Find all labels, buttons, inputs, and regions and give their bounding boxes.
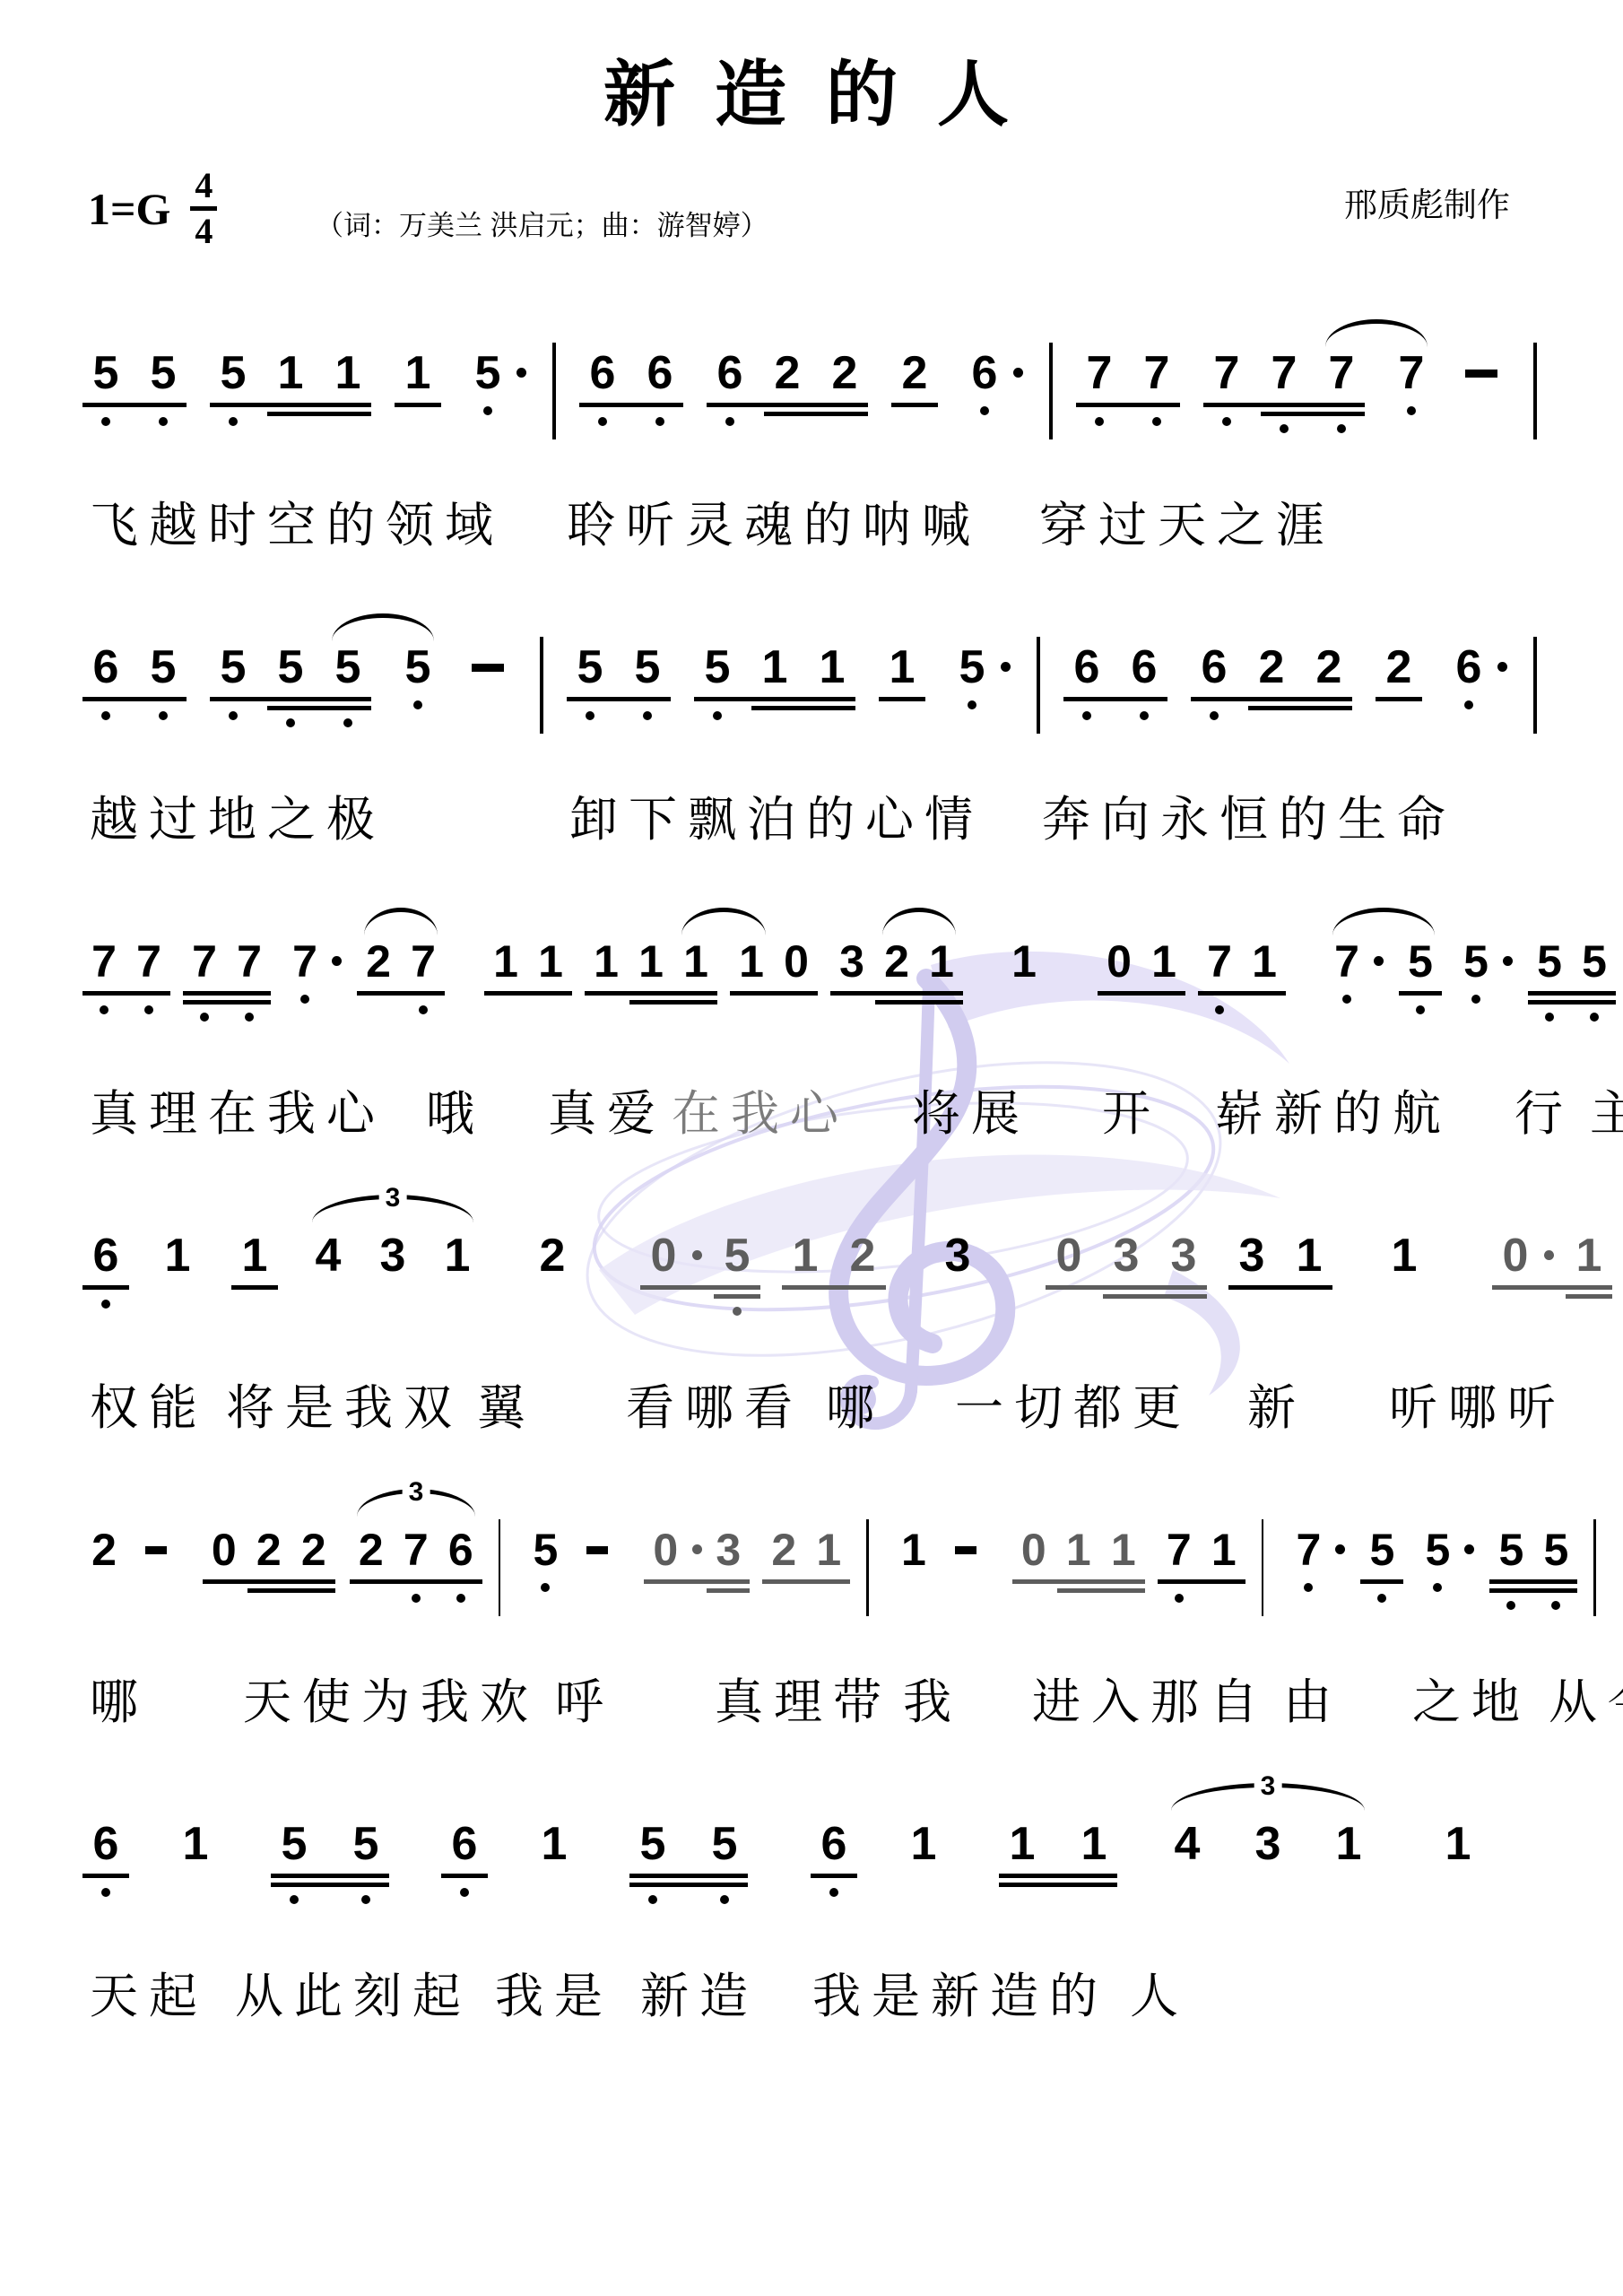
rest-note: 0 — [1049, 1231, 1089, 1281]
lyric-segment: 人 — [1130, 1968, 1189, 2025]
note: 1 — [271, 348, 310, 398]
note: 5 — [952, 642, 992, 692]
octave-dot — [1280, 424, 1289, 433]
lyric-segment: 奔向永恒的生命 — [1042, 791, 1456, 848]
octave-dot — [1342, 995, 1351, 1004]
note: 5 — [1538, 1525, 1574, 1575]
octave-dot — [648, 1895, 657, 1904]
note: 6 — [86, 1819, 126, 1869]
note: 1 — [588, 936, 624, 987]
note: 2 — [825, 348, 864, 398]
barline — [540, 637, 543, 734]
lyrics-row: 飞越时空的领域聆听灵魂的呐喊穿过天之涯 — [90, 497, 1623, 554]
dash-extension — [145, 1546, 167, 1554]
lyric-segment: 在我心 — [672, 1085, 849, 1143]
dash-extension — [472, 664, 504, 672]
rest-note: 0 — [206, 1525, 242, 1575]
barline — [1049, 343, 1053, 439]
note: 5 — [1364, 1525, 1400, 1575]
note: 2 — [895, 348, 934, 398]
note: 1 — [1438, 1819, 1478, 1869]
note: 5 — [143, 348, 183, 398]
octave-dot — [483, 406, 492, 415]
lyric-segment: 开 — [1102, 1085, 1161, 1143]
note: 5 — [86, 348, 126, 398]
lyric-segment: 之地 — [1412, 1674, 1531, 1731]
note: 6 — [1194, 642, 1234, 692]
notation-row: 777772711111103211017175555 — [86, 895, 1623, 1073]
score-line: 611431205123033311011123权能将是我双翼看哪看哪一切都更新… — [86, 1189, 1623, 1437]
note: 7 — [1202, 936, 1237, 987]
lyrics-row: 真理在我心哦真爱在我心将展开崭新的航行主的 — [90, 1085, 1623, 1143]
lyric-segment: 将是我双 — [226, 1379, 463, 1437]
octave-dot — [229, 417, 238, 426]
note: 5 — [1458, 936, 1494, 987]
meter-denominator: 4 — [195, 211, 213, 252]
lyric-segment: 新 — [1247, 1379, 1306, 1437]
dash-extension — [586, 1546, 608, 1554]
notation-row: 55511156662226777777 — [86, 307, 1623, 484]
lyric-segment: 行 — [1515, 1085, 1574, 1143]
sheet-music-page: 新 造 的 人 1=G 4 4 （词：万美兰 洪启元；曲：游智婷） 邢质彪制作 … — [0, 0, 1623, 2296]
note: 2 — [1252, 642, 1291, 692]
note: 2 — [843, 1231, 882, 1281]
note: 7 — [287, 936, 323, 987]
note: 5 — [468, 348, 508, 398]
tie-arc — [1325, 319, 1427, 347]
note: 1 — [1329, 1819, 1368, 1869]
note: 1 — [1246, 936, 1282, 987]
note: 7 — [1290, 1525, 1326, 1575]
note: 5 — [628, 642, 667, 692]
note: 2 — [879, 936, 915, 987]
augmentation-dot — [1013, 368, 1023, 378]
note: 6 — [965, 348, 1004, 398]
note: 3 — [1107, 1231, 1146, 1281]
note: 6 — [1449, 642, 1488, 692]
octave-dot — [541, 1583, 550, 1592]
octave-dot — [1464, 700, 1473, 709]
dash-extension — [955, 1546, 976, 1554]
barline — [552, 343, 556, 439]
score-line: 55511156662226777777飞越时空的领域聆听灵魂的呐喊穿过天之涯 — [86, 307, 1623, 554]
note: 1 — [1289, 1231, 1329, 1281]
notation-row: 65555555511156662226 — [86, 601, 1623, 778]
lyric-segment: 崭新的航 — [1215, 1085, 1452, 1143]
augmentation-dot — [332, 956, 342, 966]
lyric-segment: 看哪看 — [626, 1379, 803, 1437]
lyric-segment: 越过地之极 — [90, 791, 386, 848]
note: 1 — [398, 348, 438, 398]
note: 1 — [1384, 1231, 1424, 1281]
octave-dot — [419, 1005, 428, 1014]
barline — [1593, 1519, 1596, 1616]
augmentation-dot — [692, 1250, 702, 1260]
note: 5 — [527, 1525, 563, 1575]
octave-dot — [725, 417, 734, 426]
lyric-segment: 我是新造的 — [812, 1968, 1108, 2025]
octave-dot — [460, 1888, 469, 1897]
lyric-segment: 进入那自 — [1032, 1674, 1269, 1731]
note: 5 — [346, 1819, 386, 1869]
note: 6 — [443, 1525, 479, 1575]
rest-note: 0 — [1016, 1525, 1052, 1575]
octave-dot — [1551, 1601, 1560, 1610]
octave-dot — [100, 1005, 108, 1014]
octave-dot — [1590, 1013, 1599, 1022]
score-line: 202227650321101171755553哪天使为我欢呼真理带我进入那自由… — [86, 1483, 1623, 1731]
octave-dot — [286, 718, 295, 727]
note: 3 — [373, 1231, 412, 1281]
note: 7 — [405, 936, 441, 987]
triplet-number: 3 — [403, 1477, 430, 1508]
octave-dot — [1175, 1594, 1184, 1603]
score: 55511156662226777777飞越时空的领域聆听灵魂的呐喊穿过天之涯6… — [0, 280, 1623, 2025]
song-title: 新 造 的 人 — [0, 0, 1623, 145]
octave-dot — [101, 1300, 110, 1309]
octave-dot — [229, 711, 238, 720]
lyricist-composer-credits: （词：万美兰 洪启元；曲：游智婷） — [316, 203, 768, 243]
notation-row: 61556155611143113 — [86, 1778, 1623, 1955]
lyric-segment: 哪 — [826, 1379, 885, 1437]
note: 1 — [488, 936, 524, 987]
augmentation-dot — [1001, 662, 1011, 672]
note: 5 — [1493, 1525, 1529, 1575]
octave-dot — [144, 1005, 153, 1014]
octave-dot — [343, 718, 352, 727]
notation-row: 611431205123033311011123 — [86, 1189, 1623, 1367]
note: 6 — [86, 642, 126, 692]
note: 1 — [896, 1525, 932, 1575]
note: 7 — [398, 1525, 434, 1575]
note: 1 — [1074, 1819, 1114, 1869]
lyrics-row: 天起从此刻起我是新造我是新造的人 — [90, 1968, 1623, 2025]
note: 7 — [1264, 348, 1304, 398]
note: 2 — [768, 348, 807, 398]
lyric-segment: 卸下飘泊的心情 — [569, 791, 984, 848]
note: 6 — [1067, 642, 1107, 692]
lyric-segment: 天起 — [90, 1968, 208, 2025]
note: 5 — [1402, 936, 1438, 987]
octave-dot — [586, 711, 595, 720]
octave-dot — [361, 1895, 370, 1904]
note: 2 — [1379, 642, 1419, 692]
lyric-segment: 主的 — [1590, 1085, 1623, 1143]
tie-arc — [332, 613, 433, 641]
octave-dot — [643, 711, 652, 720]
note: 1 — [158, 1231, 197, 1281]
score-meta: 1=G 4 4 （词：万美兰 洪启元；曲：游智婷） 邢质彪制作 — [0, 145, 1623, 280]
triplet-bracket: 3 — [357, 1489, 475, 1517]
octave-dot — [413, 700, 422, 709]
lyrics-row: 权能将是我双翼看哪看哪一切都更新听哪听 — [90, 1379, 1623, 1437]
note: 2 — [353, 1525, 389, 1575]
octave-dot — [713, 711, 722, 720]
note: 2 — [360, 936, 396, 987]
tie-arc — [681, 908, 766, 935]
octave-dot — [1140, 711, 1149, 720]
note: 1 — [1146, 936, 1182, 987]
augmentation-dot — [1544, 1250, 1554, 1260]
octave-dot — [733, 1307, 742, 1316]
note: 5 — [143, 642, 183, 692]
lyric-segment: 哪 — [90, 1674, 149, 1731]
rest-note: 0 — [1101, 936, 1137, 987]
rest-note: 0 — [647, 1525, 683, 1575]
note: 1 — [882, 642, 922, 692]
octave-dot — [1152, 417, 1161, 426]
note: 2 — [1309, 642, 1349, 692]
note: 6 — [583, 348, 622, 398]
lyric-segment: 飞越时空的领域 — [90, 497, 504, 554]
note: 3 — [834, 936, 870, 987]
octave-dot — [1095, 417, 1104, 426]
note: 1 — [176, 1819, 215, 1869]
lyric-segment: 由 — [1283, 1674, 1342, 1731]
lyric-segment: 我 — [903, 1674, 962, 1731]
key-signature: 1=G 4 4 — [88, 165, 217, 252]
octave-dot — [300, 995, 309, 1004]
octave-dot — [1545, 1013, 1554, 1022]
octave-dot — [101, 417, 110, 426]
note: 6 — [814, 1819, 854, 1869]
note: 7 — [1080, 348, 1119, 398]
note: 5 — [274, 1819, 314, 1869]
note: 5 — [1419, 1525, 1455, 1575]
octave-dot — [101, 1888, 110, 1897]
note: 7 — [86, 936, 122, 987]
rest-note: 0 — [778, 936, 814, 987]
lyric-segment: 天使为我欢 — [243, 1674, 539, 1731]
lyric-segment: 听哪听 — [1389, 1379, 1567, 1437]
note: 5 — [328, 642, 368, 692]
note: 1 — [438, 1231, 477, 1281]
score-line: 777772711111103211017175555真理在我心哦真爱在我心将展… — [86, 895, 1623, 1143]
lyric-segment: 权能 — [90, 1379, 208, 1437]
note: 3 — [1248, 1819, 1288, 1869]
octave-dot — [1471, 995, 1480, 1004]
octave-dot — [598, 417, 607, 426]
score-line: 65555555511156662226越过地之极卸下飘泊的心情奔向永恒的生命 — [86, 601, 1623, 848]
triplet-bracket: 3 — [1171, 1783, 1364, 1811]
octave-dot — [159, 417, 168, 426]
note: 7 — [1322, 348, 1361, 398]
note: 1 — [633, 936, 669, 987]
note: 7 — [187, 936, 222, 987]
arranger-credit: 邢质彪制作 — [1344, 178, 1510, 226]
octave-dot — [101, 711, 110, 720]
note: 1 — [755, 642, 794, 692]
note: 5 — [271, 642, 310, 692]
dash-extension — [1465, 370, 1497, 378]
lyric-segment: 真爱 — [548, 1085, 666, 1143]
note: 6 — [86, 1231, 126, 1281]
note: 2 — [86, 1525, 122, 1575]
note: 1 — [924, 936, 959, 987]
note: 5 — [398, 642, 438, 692]
lyric-segment: 我是 — [495, 1968, 613, 2025]
augmentation-dot — [1335, 1544, 1345, 1554]
triplet-bracket: 3 — [312, 1195, 473, 1222]
octave-dot — [1222, 417, 1231, 426]
notation-row: 202227650321101171755553 — [86, 1483, 1623, 1661]
note: 1 — [533, 936, 568, 987]
note: 2 — [296, 1525, 332, 1575]
note: 1 — [733, 936, 769, 987]
barline — [1533, 343, 1537, 439]
note: 5 — [717, 1231, 757, 1281]
note: 2 — [766, 1525, 802, 1575]
note: 5 — [1576, 936, 1612, 987]
note: 7 — [1329, 936, 1365, 987]
note: 1 — [1569, 1231, 1609, 1281]
octave-dot — [968, 700, 976, 709]
lyric-segment: 从此刻起 — [235, 1968, 472, 2025]
barline — [866, 1519, 869, 1616]
rest-note: 0 — [1496, 1231, 1535, 1281]
note: 6 — [445, 1819, 484, 1869]
note: 6 — [1124, 642, 1164, 692]
octave-dot — [1304, 1583, 1313, 1592]
note: 4 — [308, 1231, 348, 1281]
note: 3 — [710, 1525, 746, 1575]
octave-dot — [159, 711, 168, 720]
note: 1 — [811, 1525, 846, 1575]
lyric-segment: 聆听灵魂的呐喊 — [567, 497, 981, 554]
time-signature: 4 4 — [190, 165, 217, 252]
key-label: 1=G — [88, 183, 170, 235]
note: 3 — [1164, 1231, 1203, 1281]
lyrics-row: 哪天使为我欢呼真理带我进入那自由之地从今 — [90, 1674, 1623, 1731]
barline — [499, 1519, 501, 1616]
octave-dot — [1082, 711, 1091, 720]
augmentation-dot — [1497, 662, 1507, 672]
lyric-segment: 将展 — [912, 1085, 1030, 1143]
lyric-segment: 从今 — [1549, 1674, 1623, 1731]
rest-note: 0 — [644, 1231, 683, 1281]
octave-dot — [655, 417, 664, 426]
note: 1 — [328, 348, 368, 398]
octave-dot — [1337, 424, 1346, 433]
augmentation-dot — [1374, 956, 1384, 966]
note: 7 — [1137, 348, 1176, 398]
octave-dot — [1433, 1583, 1442, 1592]
lyric-segment: 翼 — [477, 1379, 536, 1437]
note: 5 — [213, 348, 253, 398]
note: 5 — [570, 642, 610, 692]
meter-numerator: 4 — [190, 165, 217, 211]
lyric-segment: 新造 — [640, 1968, 759, 2025]
note: 1 — [1106, 1525, 1141, 1575]
note: 7 — [231, 936, 267, 987]
octave-dot — [456, 1594, 465, 1603]
triplet-number: 3 — [1254, 1771, 1282, 1802]
octave-dot — [1416, 1005, 1425, 1014]
augmentation-dot — [516, 368, 526, 378]
note: 1 — [235, 1231, 274, 1281]
note: 5 — [698, 642, 737, 692]
note: 1 — [1061, 1525, 1097, 1575]
note: 5 — [633, 1819, 673, 1869]
note: 1 — [785, 1231, 825, 1281]
octave-dot — [829, 1888, 838, 1897]
augmentation-dot — [1503, 956, 1513, 966]
note: 4 — [1167, 1819, 1207, 1869]
octave-dot — [245, 1013, 254, 1022]
octave-dot — [1377, 1594, 1386, 1603]
score-line: 61556155611143113天起从此刻起我是新造我是新造的人 — [86, 1778, 1623, 2025]
barline — [1533, 637, 1537, 734]
octave-dot — [980, 406, 989, 415]
octave-dot — [200, 1013, 209, 1022]
note: 7 — [1161, 1525, 1197, 1575]
tie-arc — [882, 908, 956, 935]
lyric-segment: 真理在我心 — [90, 1085, 386, 1143]
tie-arc — [1332, 908, 1435, 935]
note: 5 — [213, 642, 253, 692]
note: 5 — [705, 1819, 744, 1869]
barline — [1037, 637, 1040, 734]
octave-dot — [412, 1594, 421, 1603]
lyric-segment: 哦 — [426, 1085, 485, 1143]
note: 5 — [1532, 936, 1567, 987]
barline — [1262, 1519, 1264, 1616]
tie-arc — [364, 908, 438, 935]
octave-dot — [290, 1895, 299, 1904]
lyric-segment: 一切都更 — [955, 1379, 1192, 1437]
note: 1 — [904, 1819, 943, 1869]
note: 1 — [1002, 1819, 1042, 1869]
octave-dot — [1407, 406, 1416, 415]
lyric-segment: 呼 — [555, 1674, 614, 1731]
note: 7 — [1207, 348, 1246, 398]
triplet-number: 3 — [379, 1183, 407, 1213]
note: 1 — [534, 1819, 574, 1869]
note: 6 — [710, 348, 750, 398]
note: 1 — [1206, 1525, 1242, 1575]
note: 3 — [938, 1231, 977, 1281]
note: 1 — [812, 642, 852, 692]
lyric-segment: 穿过天之涯 — [1039, 497, 1335, 554]
note: 6 — [640, 348, 680, 398]
augmentation-dot — [1464, 1544, 1474, 1554]
note: 7 — [131, 936, 167, 987]
note: 1 — [678, 936, 714, 987]
lyrics-row: 越过地之极卸下飘泊的心情奔向永恒的生命 — [90, 791, 1623, 848]
octave-dot — [1210, 711, 1219, 720]
augmentation-dot — [692, 1544, 702, 1554]
note: 1 — [1006, 936, 1042, 987]
octave-dot — [1506, 1601, 1515, 1610]
note: 7 — [1392, 348, 1431, 398]
note: 3 — [1232, 1231, 1271, 1281]
lyric-segment: 真理带 — [715, 1674, 892, 1731]
note: 2 — [251, 1525, 287, 1575]
octave-dot — [1215, 1005, 1224, 1014]
octave-dot — [720, 1895, 729, 1904]
note: 2 — [533, 1231, 572, 1281]
